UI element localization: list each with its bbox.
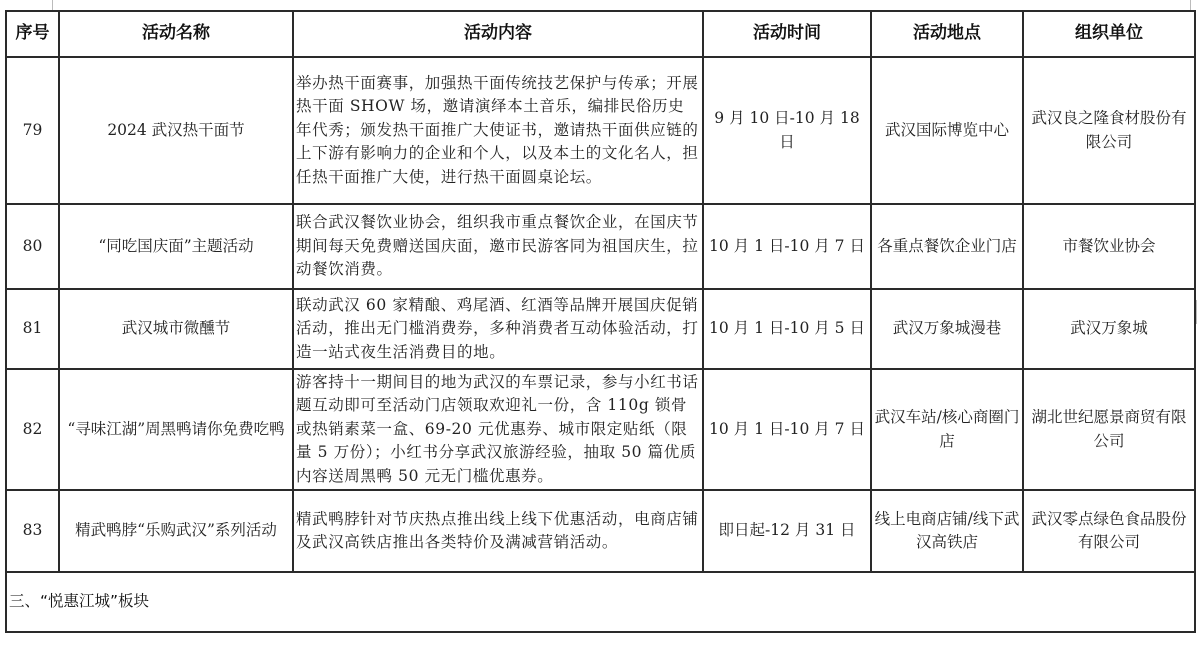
page-corner-mark-right <box>1190 0 1191 10</box>
header-activity-time: 活动时间 <box>703 11 871 57</box>
table-row: 80 “同吃国庆面”主题活动 联合武汉餐饮业协会，组织我市重点餐饮企业，在国庆节… <box>6 204 1195 289</box>
section-heading: 三、“悦惠江城”板块 <box>6 572 1195 632</box>
header-organizer: 组织单位 <box>1023 11 1195 57</box>
cell-organizer: 武汉良之隆食材股份有限公司 <box>1023 57 1195 204</box>
activity-table: 序号 活动名称 活动内容 活动时间 活动地点 组织单位 79 2024 武汉热干… <box>5 10 1196 633</box>
cell-activity-content: 联动武汉 60 家精酿、鸡尾酒、红酒等品牌开展国庆促销活动，推出无门槛消费券，多… <box>293 289 703 369</box>
cell-activity-location: 线上电商店铺/线下武汉高铁店 <box>871 490 1023 572</box>
cell-activity-content: 精武鸭脖针对节庆热点推出线上线下优惠活动，电商店铺及武汉高铁店推出各类特价及满减… <box>293 490 703 572</box>
cell-activity-location: 武汉车站/核心商圈门店 <box>871 369 1023 490</box>
cell-organizer: 武汉零点绿色食品股份有限公司 <box>1023 490 1195 572</box>
cell-activity-location: 武汉万象城漫巷 <box>871 289 1023 369</box>
cell-activity-time: 即日起-12 月 31 日 <box>703 490 871 572</box>
cell-organizer: 市餐饮业协会 <box>1023 204 1195 289</box>
cell-activity-name: “同吃国庆面”主题活动 <box>59 204 293 289</box>
cell-organizer: 武汉万象城 <box>1023 289 1195 369</box>
page-edge-mark <box>1196 300 1200 324</box>
cell-activity-content: 举办热干面赛事，加强热干面传统技艺保护与传承；开展热干面 SHOW 场，邀请演绎… <box>293 57 703 204</box>
cell-seq: 82 <box>6 369 59 490</box>
header-seq: 序号 <box>6 11 59 57</box>
table-row: 81 武汉城市微醺节 联动武汉 60 家精酿、鸡尾酒、红酒等品牌开展国庆促销活动… <box>6 289 1195 369</box>
table-header-row: 序号 活动名称 活动内容 活动时间 活动地点 组织单位 <box>6 11 1195 57</box>
cell-activity-time: 9 月 10 日-10 月 18 日 <box>703 57 871 204</box>
cell-seq: 79 <box>6 57 59 204</box>
cell-activity-name: 精武鸭脖“乐购武汉”系列活动 <box>59 490 293 572</box>
cell-activity-content: 游客持十一期间目的地为武汉的车票记录，参与小红书话题互动即可至活动门店领取欢迎礼… <box>293 369 703 490</box>
cell-activity-time: 10 月 1 日-10 月 7 日 <box>703 204 871 289</box>
table-row: 79 2024 武汉热干面节 举办热干面赛事，加强热干面传统技艺保护与传承；开展… <box>6 57 1195 204</box>
cell-activity-location: 武汉国际博览中心 <box>871 57 1023 204</box>
cell-activity-name: 武汉城市微醺节 <box>59 289 293 369</box>
cell-activity-name: “寻味江湖”周黑鸭请你免费吃鸭 <box>59 369 293 490</box>
cell-seq: 80 <box>6 204 59 289</box>
cell-activity-name: 2024 武汉热干面节 <box>59 57 293 204</box>
cell-activity-time: 10 月 1 日-10 月 7 日 <box>703 369 871 490</box>
section-heading-row: 三、“悦惠江城”板块 <box>6 572 1195 632</box>
header-activity-name: 活动名称 <box>59 11 293 57</box>
page-corner-mark-left <box>52 0 53 10</box>
cell-organizer: 湖北世纪愿景商贸有限公司 <box>1023 369 1195 490</box>
cell-activity-content: 联合武汉餐饮业协会，组织我市重点餐饮企业，在国庆节期间每天免费赠送国庆面，邀市民… <box>293 204 703 289</box>
cell-seq: 83 <box>6 490 59 572</box>
table-row: 83 精武鸭脖“乐购武汉”系列活动 精武鸭脖针对节庆热点推出线上线下优惠活动，电… <box>6 490 1195 572</box>
cell-seq: 81 <box>6 289 59 369</box>
cell-activity-time: 10 月 1 日-10 月 5 日 <box>703 289 871 369</box>
cell-activity-location: 各重点餐饮企业门店 <box>871 204 1023 289</box>
table-row: 82 “寻味江湖”周黑鸭请你免费吃鸭 游客持十一期间目的地为武汉的车票记录，参与… <box>6 369 1195 490</box>
header-activity-location: 活动地点 <box>871 11 1023 57</box>
header-activity-content: 活动内容 <box>293 11 703 57</box>
